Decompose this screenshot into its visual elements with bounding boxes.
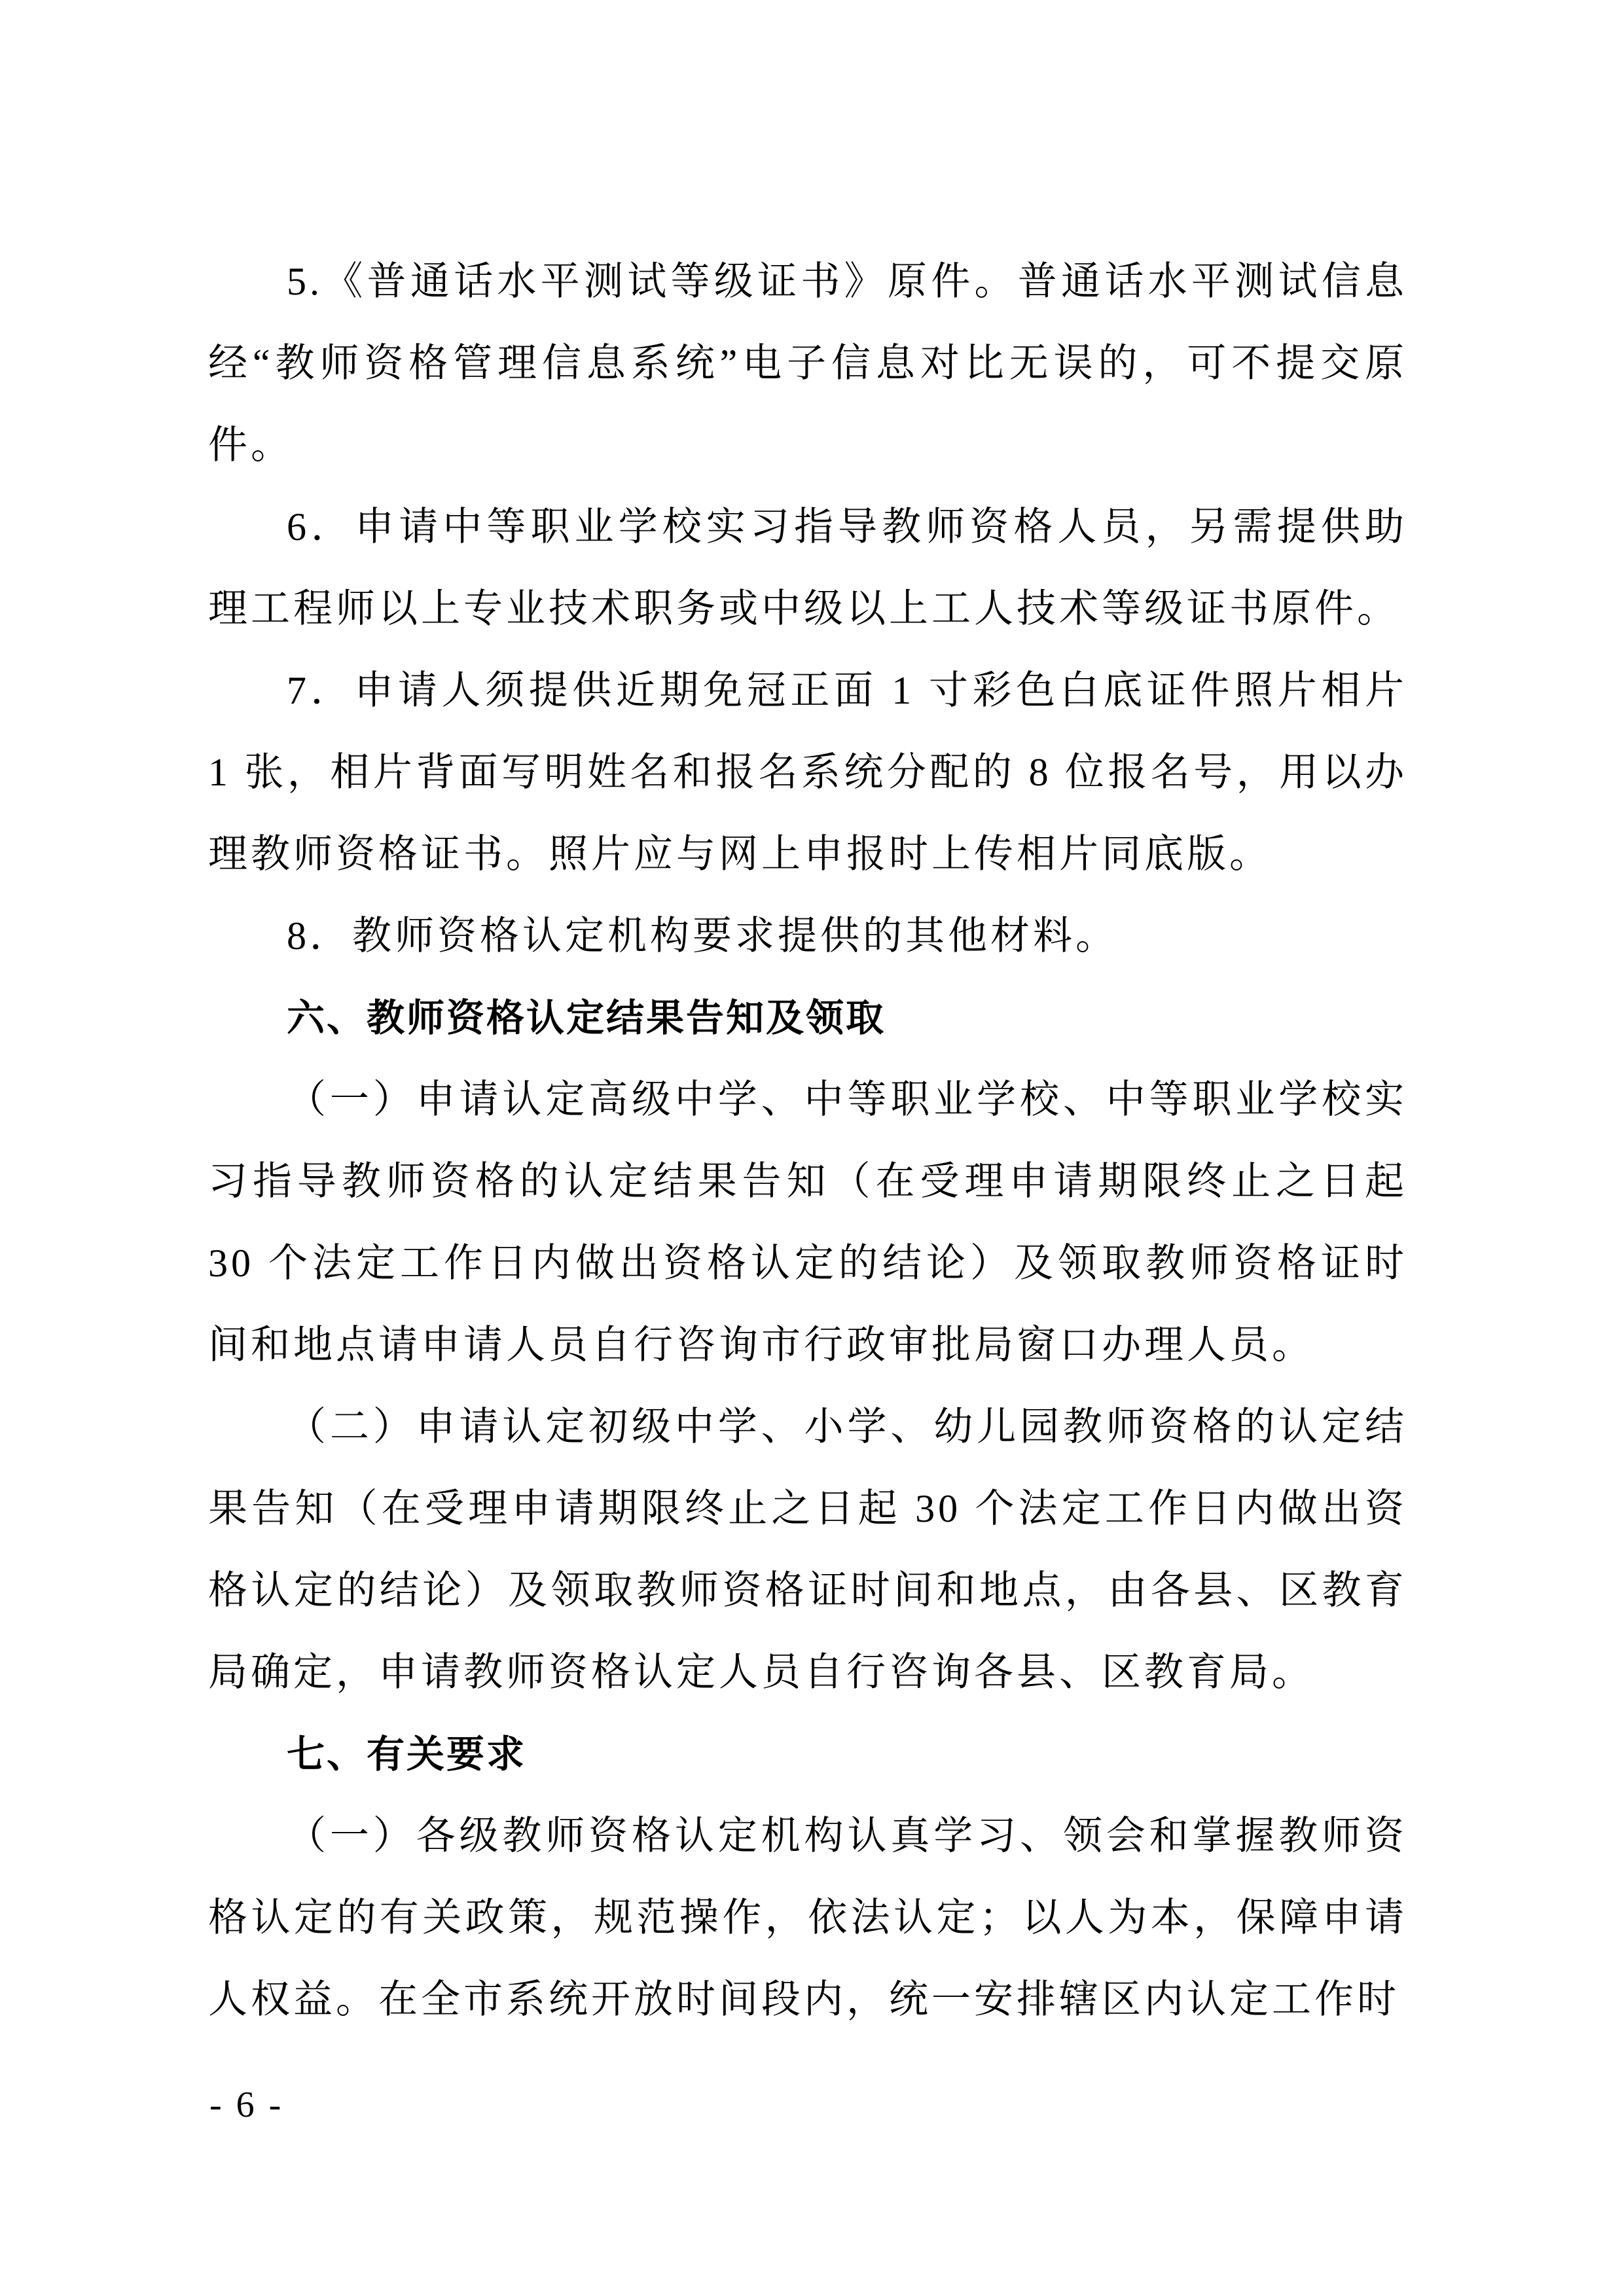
paragraph-item-7: 7．申请人须提供近期免冠正面 1 寸彩色白底证件照片相片 1 张，相片背面写明姓… [208, 650, 1407, 895]
paragraph-item-8: 8．教师资格认定机构要求提供的其他材料。 [208, 895, 1407, 977]
section-heading-six: 六、教师资格认定结果告知及领取 [208, 977, 1407, 1059]
paragraph-item-six-1: （一）申请认定高级中学、中等职业学校、中等职业学校实习指导教师资格的认定结果告知… [208, 1059, 1407, 1386]
paragraph-item-seven-1: （一）各级教师资格认定机构认真学习、领会和掌握教师资格认定的有关政策，规范操作，… [208, 1795, 1407, 2041]
page-number: - 6 - [209, 2085, 283, 2125]
section-heading-seven: 七、有关要求 [208, 1713, 1407, 1795]
paragraph-item-six-2: （二）申请认定初级中学、小学、幼儿园教师资格的认定结果告知（在受理申请期限终止之… [208, 1386, 1407, 1713]
document-page: 5.《普通话水平测试等级证书》原件。普通话水平测试信息经“教师资格管理信息系统”… [0, 0, 1624, 2296]
paragraph-item-6: 6．申请中等职业学校实习指导教师资格人员，另需提供助理工程师以上专业技术职务或中… [208, 486, 1407, 650]
paragraph-item-5: 5.《普通话水平测试等级证书》原件。普通话水平测试信息经“教师资格管理信息系统”… [208, 241, 1407, 486]
document-body: 5.《普通话水平测试等级证书》原件。普通话水平测试信息经“教师资格管理信息系统”… [208, 241, 1407, 2041]
